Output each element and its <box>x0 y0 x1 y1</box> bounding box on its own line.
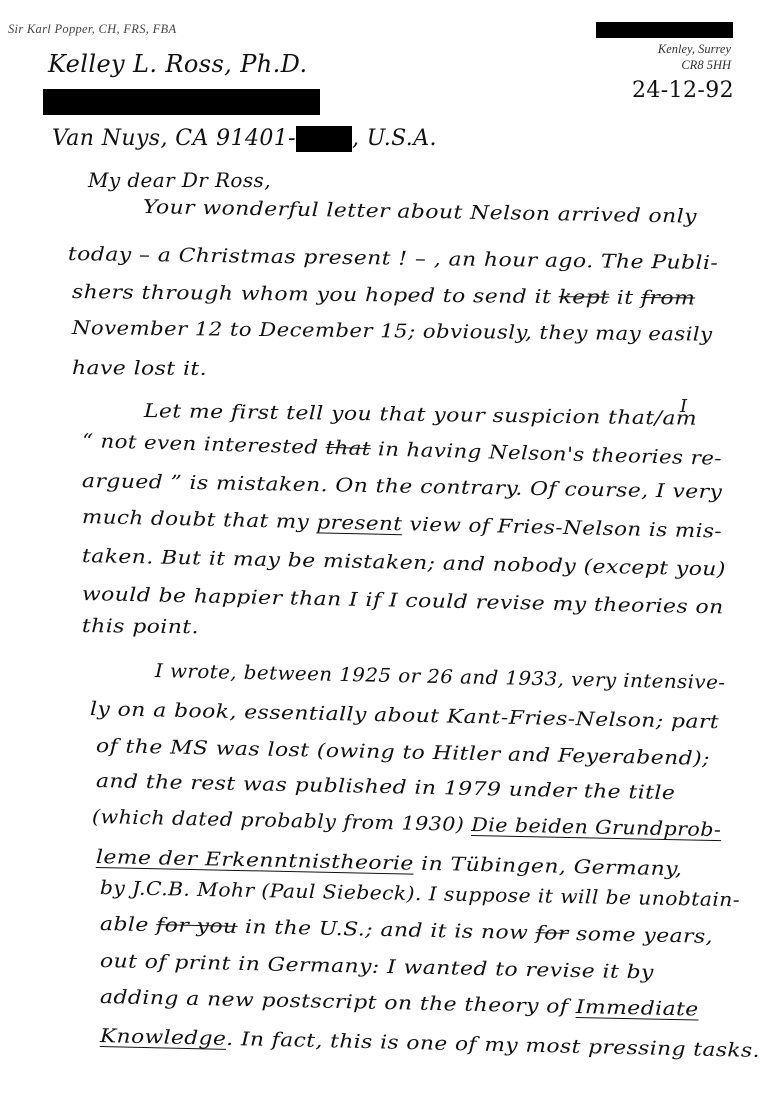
line-text: (which dated probably from 1930) <box>92 806 472 836</box>
letter-line: argued ” is mistaken. On the contrary. O… <box>82 470 723 503</box>
letterhead-locality: Kenley, Surrey <box>658 42 731 57</box>
line-text: able <box>100 913 157 936</box>
line-text: I wrote, between 1925 or 26 and 1933, ve… <box>155 660 726 694</box>
recipient-city-prefix: Van Nuys, CA 91401- <box>52 126 296 151</box>
recipient-city-suffix: , U.S.A. <box>352 126 437 151</box>
letterhead-sender: Sir Karl Popper, CH, FRS, FBA <box>8 22 176 37</box>
redacted-zip-extension <box>296 126 352 152</box>
letter-date: 24-12-92 <box>632 78 734 103</box>
letter-line: November 12 to December 15; obviously, t… <box>72 317 713 346</box>
line-text: view of Fries-Nelson is mis- <box>402 513 722 542</box>
line-text: and the rest was published in 1979 under… <box>96 770 676 804</box>
line-text: Let me first tell you that your suspicio… <box>144 400 697 430</box>
redacted-recipient-street <box>43 89 320 115</box>
struck-text: for you <box>156 914 238 938</box>
struck-text: from <box>641 287 695 310</box>
letter-line: shers through whom you hoped to send it … <box>72 281 695 310</box>
line-text: this point. <box>82 615 199 638</box>
letter-line: I wrote, between 1925 or 26 and 1933, ve… <box>155 660 726 694</box>
recipient-city-line: Van Nuys, CA 91401-, U.S.A. <box>52 126 437 152</box>
letter-line: of the MS was lost (owing to Hitler and … <box>96 735 710 770</box>
line-text: “ not even interested <box>82 430 326 459</box>
struck-text: for <box>535 922 569 945</box>
struck-text: that <box>325 437 371 460</box>
letter-line: this point. <box>82 615 199 638</box>
letter-line: Knowledge. In fact, this is one of my mo… <box>100 1025 760 1062</box>
letter-line: today – a Christmas present ! – , an hou… <box>68 243 719 274</box>
line-text: November 12 to December 15; obviously, t… <box>72 317 713 346</box>
letter-line: out of print in Germany: I wanted to rev… <box>100 950 654 984</box>
letter-line: able for you in the U.S.; and it is now … <box>100 913 714 948</box>
letter-line: taken. But it may be mistaken; and nobod… <box>82 545 726 580</box>
underlined-text: Knowledge <box>100 1025 227 1050</box>
letter-line: much doubt that my present view of Fries… <box>82 506 723 543</box>
letter-line: adding a new postscript on the theory of… <box>100 986 699 1021</box>
underlined-text: Immediate <box>576 996 699 1021</box>
line-text: argued ” is mistaken. On the contrary. O… <box>82 470 723 503</box>
letter-line: ly on a book, essentially about Kant-Fri… <box>90 698 720 733</box>
letter-line: have lost it. <box>72 357 207 380</box>
struck-text: kept <box>559 286 610 309</box>
line-text: by J.C.B. Mohr (Paul Siebeck). I suppose… <box>100 877 740 911</box>
salutation: My dear Dr Ross, <box>88 168 271 192</box>
letter-line: “ not even interested that in having Nel… <box>82 430 723 470</box>
line-text: out of print in Germany: I wanted to rev… <box>100 950 654 984</box>
letter-line: leme der Erkenntnistheorie in Tübingen, … <box>96 846 683 880</box>
underlined-text: leme der Erkenntnistheorie <box>96 846 414 875</box>
line-text: it <box>609 287 641 309</box>
line-text: in Tübingen, Germany, <box>414 853 683 881</box>
line-text: much doubt that my <box>82 506 317 533</box>
letter-line: by J.C.B. Mohr (Paul Siebeck). I suppose… <box>100 877 740 911</box>
letter-line: Your wonderful letter about Nelson arriv… <box>143 196 697 228</box>
letter-line: (which dated probably from 1930) Die bei… <box>92 806 722 841</box>
recipient-name: Kelley L. Ross, Ph.D. <box>48 50 308 78</box>
line-text: shers through whom you hoped to send it <box>72 281 559 308</box>
line-text: in the U.S.; and it is now <box>237 916 536 944</box>
line-text: today – a Christmas present ! – , an hou… <box>68 243 719 274</box>
letter-page: Sir Karl Popper, CH, FRS, FBA Kenley, Su… <box>0 0 769 1103</box>
line-text: have lost it. <box>72 357 207 380</box>
letterhead-postcode: CR8 5HH <box>681 58 731 73</box>
letter-line: Let me first tell you that your suspicio… <box>144 400 697 430</box>
underlined-text: present <box>316 511 402 535</box>
line-text: would be happier than I if I could revis… <box>82 583 724 618</box>
line-text: taken. But it may be mistaken; and nobod… <box>82 545 726 580</box>
letter-line: would be happier than I if I could revis… <box>82 583 724 618</box>
line-text: . In fact, this is one of my most pressi… <box>226 1028 760 1062</box>
line-text: ly on a book, essentially about Kant-Fri… <box>90 698 720 733</box>
line-text: in having Nelson's theories re- <box>371 438 723 470</box>
underlined-text: Die beiden Grundprob- <box>471 814 722 841</box>
line-text: Your wonderful letter about Nelson arriv… <box>143 196 697 228</box>
letter-line: and the rest was published in 1979 under… <box>96 770 676 804</box>
redacted-sender-address <box>596 22 733 38</box>
line-text: of the MS was lost (owing to Hitler and … <box>96 735 710 770</box>
line-text: adding a new postscript on the theory of <box>100 986 576 1018</box>
insertion-mark: I <box>680 396 687 417</box>
line-text: some years, <box>569 923 714 948</box>
